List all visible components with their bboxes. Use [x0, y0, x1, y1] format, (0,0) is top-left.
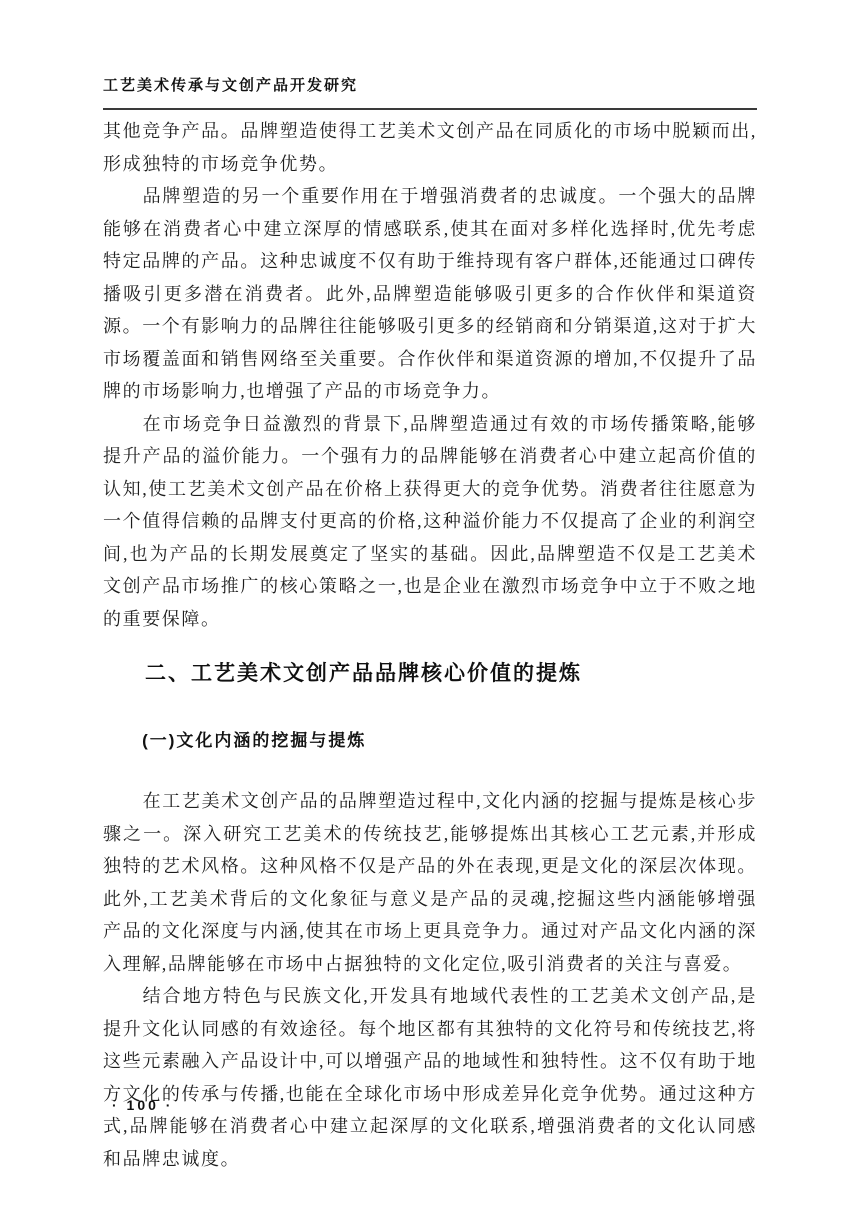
paragraph: 结合地方特色与民族文化,开发具有地域代表性的工艺美术文创产品,是提升文化认同感的…	[103, 980, 757, 1175]
paragraph: 品牌塑造的另一个重要作用在于增强消费者的忠诚度。一个强大的品牌能够在消费者心中建…	[103, 180, 757, 408]
page-number: · 100 ·	[112, 1097, 173, 1113]
subsection-heading: (一)文化内涵的挖掘与提炼	[103, 729, 757, 753]
document-page: 工艺美术传承与文创产品开发研究 其他竞争产品。品牌塑造使得工艺美术文创产品在同质…	[0, 0, 860, 1208]
page-content: 工艺美术传承与文创产品开发研究 其他竞争产品。品牌塑造使得工艺美术文创产品在同质…	[0, 0, 860, 1175]
paragraph: 在市场竞争日益激烈的背景下,品牌塑造通过有效的市场传播策略,能够提升产品的溢价能…	[103, 408, 757, 636]
paragraph-continuation: 其他竞争产品。品牌塑造使得工艺美术文创产品在同质化的市场中脱颖而出,形成独特的市…	[103, 115, 757, 180]
page-body: 其他竞争产品。品牌塑造使得工艺美术文创产品在同质化的市场中脱颖而出,形成独特的市…	[103, 115, 757, 1175]
running-header: 工艺美术传承与文创产品开发研究	[103, 76, 757, 110]
paragraph: 在工艺美术文创产品的品牌塑造过程中,文化内涵的挖掘与提炼是核心步骤之一。深入研究…	[103, 785, 757, 980]
running-header-title: 工艺美术传承与文创产品开发研究	[103, 77, 358, 94]
section-heading: 二、工艺美术文创产品品牌核心价值的提炼	[103, 659, 757, 689]
